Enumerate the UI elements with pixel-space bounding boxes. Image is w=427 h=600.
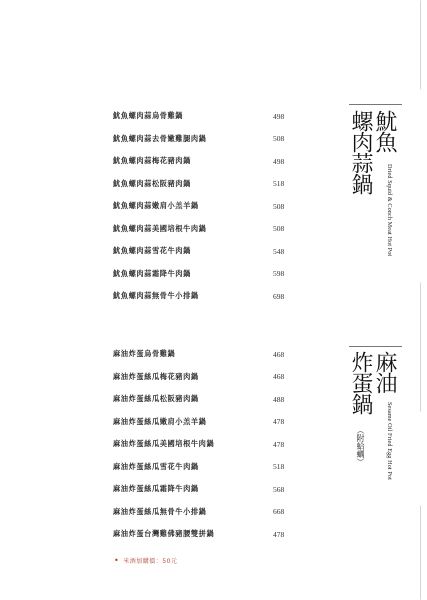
item-name: 麻油炸蛋絲瓜霜降牛肉鍋: [113, 484, 199, 494]
item-name: 麻油炸蛋烏骨雞鍋: [113, 349, 175, 359]
item-price: 488: [273, 395, 293, 404]
menu-item: 魷魚螺肉蒜雪花牛肉鍋548: [113, 240, 293, 263]
item-name: 麻油炸蛋台灣雞佛豬腰雙拼鍋: [113, 529, 214, 539]
item-price: 508: [273, 224, 293, 233]
menu-item: 魷魚螺肉蒜松阪豬肉鍋518: [113, 173, 293, 196]
item-name: 麻油炸蛋絲瓜無骨牛小排鍋: [113, 507, 206, 517]
item-name: 魷魚螺肉蒜無骨牛小排鍋: [113, 291, 199, 301]
item-name: 魷魚螺肉蒜烏骨雞鍋: [113, 111, 183, 121]
footnote-text: 米酒加購價：50元: [123, 556, 177, 565]
item-price: 508: [273, 202, 293, 211]
item-price: 498: [273, 112, 293, 121]
menu-item: 麻油炸蛋絲瓜雪花牛肉鍋518: [113, 456, 293, 479]
item-price: 478: [273, 440, 293, 449]
item-name: 麻油炸蛋絲瓜雪花牛肉鍋: [113, 462, 199, 472]
title-divider: [349, 104, 402, 105]
menu-item: 麻油炸蛋絲瓜霜降牛肉鍋568: [113, 478, 293, 501]
item-name: 魷魚螺肉蒜嫩肩小羔羊鍋: [113, 201, 199, 211]
item-price: 518: [273, 179, 293, 188]
item-name: 麻油炸蛋絲瓜嫩肩小羔羊鍋: [113, 417, 206, 427]
item-name: 麻油炸蛋絲瓜美國培根牛肉鍋: [113, 439, 214, 449]
item-price: 668: [273, 507, 293, 516]
item-price: 598: [273, 269, 293, 278]
footnote: • 米酒加購價：50元: [114, 556, 177, 565]
title-note: （附蛤蠣）: [355, 426, 366, 466]
item-price: 478: [273, 417, 293, 426]
menu-item: 麻油炸蛋絲瓜松阪豬肉鍋488: [113, 388, 293, 411]
menu-item: 麻油炸蛋絲瓜無骨牛小排鍋668: [113, 501, 293, 524]
menu-item: 麻油炸蛋絲瓜梅花豬肉鍋468: [113, 366, 293, 389]
title-divider: [349, 346, 402, 347]
page-edge-tab: [420, 282, 425, 412]
item-price: 478: [273, 530, 293, 539]
item-price: 698: [273, 292, 293, 301]
item-price: 468: [273, 350, 293, 359]
menu-item: 麻油炸蛋絲瓜嫩肩小羔羊鍋478: [113, 411, 293, 434]
item-name: 麻油炸蛋絲瓜梅花豬肉鍋: [113, 372, 199, 382]
item-name: 麻油炸蛋絲瓜松阪豬肉鍋: [113, 394, 199, 404]
title-english: Dried Squid & Conch Meat Hot Pot: [386, 164, 393, 256]
section-title: 魷魚 螺肉蒜鍋 Dried Squid & Conch Meat Hot Pot: [349, 104, 403, 294]
title-english: Sesame Oil Fried Egg Hot Pot: [386, 402, 393, 480]
title-left-column: 螺肉蒜鍋: [349, 110, 371, 194]
title-right-column: 魷魚: [373, 110, 395, 152]
section-title: 麻油 炸蛋鍋 （附蛤蠣） Sesame Oil Fried Egg Hot Po…: [349, 346, 403, 516]
menu-item: 魷魚螺肉蒜無骨牛小排鍋698: [113, 285, 293, 308]
item-name: 魷魚螺肉蒜松阪豬肉鍋: [113, 179, 191, 189]
page-edge-bottom: [420, 505, 425, 600]
item-name: 魷魚螺肉蒜梅花豬肉鍋: [113, 156, 191, 166]
menu-item: 魷魚螺肉蒜嫩肩小羔羊鍋508: [113, 195, 293, 218]
item-price: 498: [273, 157, 293, 166]
menu-item: 麻油炸蛋烏骨雞鍋468: [113, 343, 293, 366]
item-price: 548: [273, 247, 293, 256]
menu-item: 魷魚螺肉蒜梅花豬肉鍋498: [113, 150, 293, 173]
menu-item: 魷魚螺肉蒜美國培根牛肉鍋508: [113, 218, 293, 241]
item-name: 魷魚螺肉蒜去骨嫩雞腿肉鍋: [113, 134, 206, 144]
menu-item: 魷魚螺肉蒜去骨嫩雞腿肉鍋508: [113, 128, 293, 151]
item-price: 568: [273, 485, 293, 494]
title-left-column: 炸蛋鍋: [349, 351, 371, 414]
item-name: 魷魚螺肉蒜雪花牛肉鍋: [113, 246, 191, 256]
page-edge-top: [420, 0, 425, 90]
title-right-column: 麻油: [373, 351, 395, 393]
item-name: 魷魚螺肉蒜美國培根牛肉鍋: [113, 224, 206, 234]
menu-item-list: 魷魚螺肉蒜烏骨雞鍋498 魷魚螺肉蒜去骨嫩雞腿肉鍋508 魷魚螺肉蒜梅花豬肉鍋4…: [113, 105, 293, 308]
item-name: 魷魚螺肉蒜霜降牛肉鍋: [113, 269, 191, 279]
item-price: 518: [273, 462, 293, 471]
menu-item: 麻油炸蛋台灣雞佛豬腰雙拼鍋478: [113, 523, 293, 546]
bullet-icon: •: [114, 558, 119, 564]
menu-item: 魷魚螺肉蒜烏骨雞鍋498: [113, 105, 293, 128]
menu-item: 魷魚螺肉蒜霜降牛肉鍋598: [113, 263, 293, 286]
item-price: 468: [273, 372, 293, 381]
menu-item: 麻油炸蛋絲瓜美國培根牛肉鍋478: [113, 433, 293, 456]
menu-item-list: 麻油炸蛋烏骨雞鍋468 麻油炸蛋絲瓜梅花豬肉鍋468 麻油炸蛋絲瓜松阪豬肉鍋48…: [113, 343, 293, 546]
item-price: 508: [273, 134, 293, 143]
